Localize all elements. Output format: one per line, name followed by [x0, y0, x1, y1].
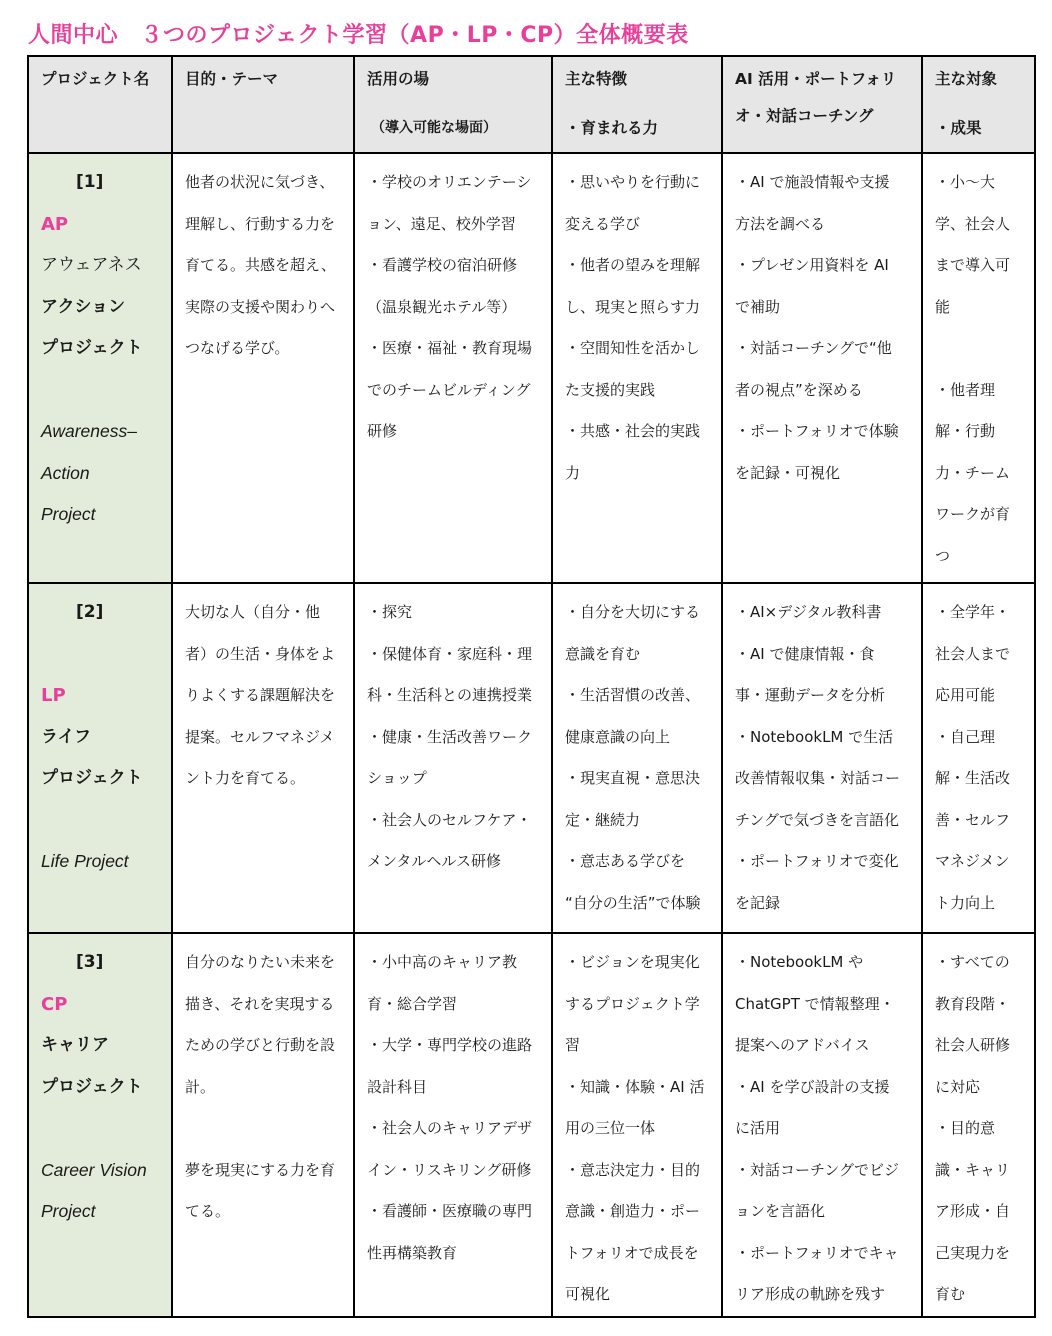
cell-text-line: チングで気づきを言語化 — [735, 800, 911, 842]
cell-text-line: ・他者の望みを理解 — [565, 245, 711, 287]
cell-text-line: 育・総合学習 — [367, 984, 541, 1026]
project-english-name: Project — [41, 494, 161, 536]
cell-text-line: ・AI で健康情報・食 — [735, 634, 911, 676]
header-label: 主な特徴 — [565, 67, 711, 92]
cell-text-line: ・看護学校の宿泊研修 — [367, 245, 541, 287]
project-number: [3] — [41, 942, 161, 984]
project-kana: アウェアネス — [41, 245, 161, 287]
header-label: 活用の場 — [367, 67, 541, 92]
header-venues: 活用の場（導入可能な場面） — [354, 56, 552, 153]
cell-text-line: ・生活習慣の改善、 — [565, 675, 711, 717]
venues-cell: ・学校のオリエンテーション、遠足、校外学習・看護学校の宿泊研修（温泉観光ホテル等… — [354, 153, 552, 583]
cell-text-line: つなげる学び。 — [185, 328, 343, 370]
cell-text-line: ・ポートフォリオでキャ — [735, 1233, 911, 1275]
cell-text-line: ント力を育てる。 — [185, 758, 343, 800]
cell-text-line: 実際の支援や関わりへ — [185, 287, 343, 329]
cell-text-line: ョン、遠足、校外学習 — [367, 204, 541, 246]
cell-text-line: 可視化 — [565, 1274, 711, 1316]
cell-text-line: 善・セルフ — [935, 800, 1024, 842]
page-title: 人間中心 ３つのプロジェクト学習（AP・LP・CP）全体概要表 — [28, 18, 689, 49]
cell-text-line: ・小中高のキャリア教 — [367, 942, 541, 984]
header-label: AI 活用・ポートフォリ — [735, 67, 911, 92]
table-row-ap: [1] AP アウェアネス アクション プロジェクト Awareness– Ac… — [28, 153, 1035, 583]
header-purpose: 目的・テーマ — [172, 56, 354, 153]
header-ai: AI 活用・ポートフォリオ・対話コーチング — [722, 56, 922, 153]
cell-text-line: 意識を育む — [565, 634, 711, 676]
cell-text-line: ・目的意 — [935, 1108, 1024, 1150]
project-english-name: Action — [41, 453, 161, 495]
project-english-name: Career Vision — [41, 1150, 161, 1192]
cell-text-line: ・学校のオリエンテーシ — [367, 162, 541, 204]
project-abbr: LP — [41, 675, 161, 717]
cell-text-line: ・社会人のセルフケア・ — [367, 800, 541, 842]
cell-text-line: ・AI を学び設計の支援 — [735, 1067, 911, 1109]
cell-text-line: ・健康・生活改善ワーク — [367, 717, 541, 759]
cell-text-line: 夢を現実にする力を育 — [185, 1150, 343, 1192]
cell-text-line: ChatGPT で情報整理・ — [735, 984, 911, 1026]
project-kana: キャリア — [41, 1025, 161, 1067]
project-name-cell: [1] AP アウェアネス アクション プロジェクト Awareness– Ac… — [28, 153, 172, 583]
spacer — [41, 1108, 161, 1150]
table-row-lp: [2] LP ライフ プロジェクト Life Project 大切な人（自分・他… — [28, 583, 1035, 933]
cell-text-line: 方法を調べる — [735, 204, 911, 246]
cell-text-line: マネジメン — [935, 841, 1024, 883]
cell-text-line: た支援的実践 — [565, 370, 711, 412]
overview-table: プロジェクト名 目的・テーマ 活用の場（導入可能な場面） 主な特徴・育まれる力 … — [27, 55, 1036, 1318]
purpose-cell: 他者の状況に気づき、理解し、行動する力を育てる。共感を超え、実際の支援や関わりへ… — [172, 153, 354, 583]
project-name-cell: [2] LP ライフ プロジェクト Life Project — [28, 583, 172, 933]
cell-text-line: ための学びと行動を設 — [185, 1025, 343, 1067]
cell-text-line: 事・運動データを分析 — [735, 675, 911, 717]
cell-text-line: ・保健体育・家庭科・理 — [367, 634, 541, 676]
cell-text-line: 提案。セルフマネジメ — [185, 717, 343, 759]
cell-text-line: 変える学び — [565, 204, 711, 246]
cell-text-line: 意識・創造力・ポー — [565, 1191, 711, 1233]
header-features: 主な特徴・育まれる力 — [552, 56, 722, 153]
project-kana: アクション — [41, 287, 161, 329]
table-row-cp: [3] CP キャリア プロジェクト Career Vision Project… — [28, 933, 1035, 1317]
cell-text-line: ・医療・福祉・教育現場 — [367, 328, 541, 370]
cell-text-line: 他者の状況に気づき、 — [185, 162, 343, 204]
cell-text-line: ・現実直視・意思決 — [565, 758, 711, 800]
features-cell: ・思いやりを行動に変える学び・他者の望みを理解し、現実と照らす力・空間知性を活か… — [552, 153, 722, 583]
spacer — [41, 800, 161, 842]
project-kana: ライフ — [41, 717, 161, 759]
cell-text-line: 研修 — [367, 411, 541, 453]
project-kana: プロジェクト — [41, 328, 161, 370]
cell-text-line: に対応 — [935, 1067, 1024, 1109]
header-sublabel: ・育まれる力 — [565, 116, 711, 141]
cell-text-line: ・NotebookLM で生活 — [735, 717, 911, 759]
cell-text-line: ア形成・自 — [935, 1191, 1024, 1233]
project-english-name: Project — [41, 1191, 161, 1233]
cell-text-line: ・対話コーチングで“他 — [735, 328, 911, 370]
cell-text-line — [935, 328, 1024, 370]
project-name-cell: [3] CP キャリア プロジェクト Career Vision Project — [28, 933, 172, 1317]
cell-text-line: トフォリオで成長を — [565, 1233, 711, 1275]
project-number: [1] — [41, 162, 161, 204]
venues-cell: ・探究・保健体育・家庭科・理科・生活科との連携授業・健康・生活改善ワークショップ… — [354, 583, 552, 933]
venues-cell: ・小中高のキャリア教育・総合学習・大学・専門学校の進路設計科目・社会人のキャリア… — [354, 933, 552, 1317]
cell-text-line: 能 — [935, 287, 1024, 329]
cell-text-line: ・AI×デジタル教科書 — [735, 592, 911, 634]
cell-text-line: ・空間知性を活かし — [565, 328, 711, 370]
cell-text-line: を記録 — [735, 883, 911, 925]
cell-text-line: 科・生活科との連携授業 — [367, 675, 541, 717]
cell-text-line: ・思いやりを行動に — [565, 162, 711, 204]
cell-text-line: ・対話コーチングでビジ — [735, 1150, 911, 1192]
project-number: [2] — [41, 592, 161, 634]
purpose-cell: 大切な人（自分・他者）の生活・身体をよりよくする課題解決を提案。セルフマネジメン… — [172, 583, 354, 933]
cell-text-line: ・大学・専門学校の進路 — [367, 1025, 541, 1067]
cell-text-line: ・共感・社会的実践 — [565, 411, 711, 453]
cell-text-line: ・自分を大切にする — [565, 592, 711, 634]
features-cell: ・自分を大切にする意識を育む・生活習慣の改善、健康意識の向上・現実直視・意思決定… — [552, 583, 722, 933]
project-kana: プロジェクト — [41, 758, 161, 800]
cell-text-line: 学、社会人 — [935, 204, 1024, 246]
cell-text-line: ・知識・体験・AI 活 — [565, 1067, 711, 1109]
cell-text-line: 育む — [935, 1274, 1024, 1316]
cell-text-line: 習 — [565, 1025, 711, 1067]
cell-text-line: 理解し、行動する力を — [185, 204, 343, 246]
cell-text-line: を記録・可視化 — [735, 453, 911, 495]
cell-text-line: ・意志決定力・目的 — [565, 1150, 711, 1192]
spacer — [41, 370, 161, 412]
cell-text-line: ・全学年・ — [935, 592, 1024, 634]
cell-text-line: まで導入可 — [935, 245, 1024, 287]
cell-text-line: ワークが育 — [935, 494, 1024, 536]
cell-text-line: 改善情報収集・対話コー — [735, 758, 911, 800]
cell-text-line: 応用可能 — [935, 675, 1024, 717]
cell-text-line: 用の三位一体 — [565, 1108, 711, 1150]
header-project-name: プロジェクト名 — [28, 56, 172, 153]
cell-text-line: てる。 — [185, 1191, 343, 1233]
cell-text-line: 描き、それを実現する — [185, 984, 343, 1026]
targets-cell: ・全学年・社会人まで応用可能・自己理解・生活改善・セルフマネジメント力向上 — [922, 583, 1035, 933]
project-abbr: CP — [41, 984, 161, 1026]
cell-text-line: ・小〜大 — [935, 162, 1024, 204]
cell-text-line: 社会人まで — [935, 634, 1024, 676]
cell-text-line: でのチームビルディング — [367, 370, 541, 412]
spacer — [41, 634, 161, 676]
cell-text-line: 力・チーム — [935, 453, 1024, 495]
cell-text-line — [185, 1108, 343, 1150]
header-row: プロジェクト名 目的・テーマ 活用の場（導入可能な場面） 主な特徴・育まれる力 … — [28, 56, 1035, 153]
cell-text-line: 計。 — [185, 1067, 343, 1109]
cell-text-line: 者）の生活・身体をよ — [185, 634, 343, 676]
project-kana: プロジェクト — [41, 1067, 161, 1109]
cell-text-line: つ — [935, 536, 1024, 578]
cell-text-line: ・NotebookLM や — [735, 942, 911, 984]
cell-text-line: ショップ — [367, 758, 541, 800]
cell-text-line: 力 — [565, 453, 711, 495]
cell-text-line: ・他者理 — [935, 370, 1024, 412]
project-english-name: Life Project — [41, 841, 161, 883]
cell-text-line: 教育段階・ — [935, 984, 1024, 1026]
features-cell: ・ビジョンを現実化するプロジェクト学習・知識・体験・AI 活用の三位一体・意志決… — [552, 933, 722, 1317]
cell-text-line: 者の視点”を深める — [735, 370, 911, 412]
header-sublabel: ・成果 — [935, 116, 1024, 141]
ai-cell: ・AI で施設情報や支援方法を調べる・プレゼン用資料を AIで補助・対話コーチン… — [722, 153, 922, 583]
cell-text-line: 提案へのアドバイス — [735, 1025, 911, 1067]
cell-text-line: ョンを言語化 — [735, 1191, 911, 1233]
cell-text-line: 育てる。共感を超え、 — [185, 245, 343, 287]
ai-cell: ・NotebookLM やChatGPT で情報整理・提案へのアドバイス・AI … — [722, 933, 922, 1317]
header-label: プロジェクト名 — [41, 67, 161, 92]
cell-text-line: ト力向上 — [935, 883, 1024, 925]
cell-text-line: 己実現力を — [935, 1233, 1024, 1275]
header-sublabel: （導入可能な場面） — [367, 116, 541, 141]
cell-text-line: ・自己理 — [935, 717, 1024, 759]
cell-text-line: ・社会人のキャリアデザ — [367, 1108, 541, 1150]
cell-text-line: 定・継続力 — [565, 800, 711, 842]
cell-text-line: ・看護師・医療職の専門 — [367, 1191, 541, 1233]
cell-text-line: ・ポートフォリオで体験 — [735, 411, 911, 453]
cell-text-line: 解・行動 — [935, 411, 1024, 453]
cell-text-line: 自分のなりたい未来を — [185, 942, 343, 984]
purpose-cell: 自分のなりたい未来を描き、それを実現するための学びと行動を設計。 夢を現実にする… — [172, 933, 354, 1317]
cell-text-line: ・プレゼン用資料を AI — [735, 245, 911, 287]
cell-text-line: イン・リスキリング研修 — [367, 1150, 541, 1192]
cell-text-line: ・探究 — [367, 592, 541, 634]
targets-cell: ・すべての教育段階・社会人研修に対応・目的意識・キャリア形成・自己実現力を育む — [922, 933, 1035, 1317]
cell-text-line: メンタルヘルス研修 — [367, 841, 541, 883]
cell-text-line: （温泉観光ホテル等） — [367, 287, 541, 329]
header-targets: 主な対象・成果 — [922, 56, 1035, 153]
ai-cell: ・AI×デジタル教科書・AI で健康情報・食事・運動データを分析・Noteboo… — [722, 583, 922, 933]
cell-text-line: 解・生活改 — [935, 758, 1024, 800]
cell-text-line: に活用 — [735, 1108, 911, 1150]
header-label-cont: オ・対話コーチング — [735, 104, 911, 129]
cell-text-line: 健康意識の向上 — [565, 717, 711, 759]
cell-text-line: “自分の生活”で体験 — [565, 883, 711, 925]
cell-text-line: ・ビジョンを現実化 — [565, 942, 711, 984]
cell-text-line: 設計科目 — [367, 1067, 541, 1109]
cell-text-line: りよくする課題解決を — [185, 675, 343, 717]
cell-text-line: し、現実と照らす力 — [565, 287, 711, 329]
cell-text-line: ・すべての — [935, 942, 1024, 984]
header-label: 主な対象 — [935, 67, 1024, 92]
cell-text-line: するプロジェクト学 — [565, 984, 711, 1026]
cell-text-line: 大切な人（自分・他 — [185, 592, 343, 634]
cell-text-line: 社会人研修 — [935, 1025, 1024, 1067]
project-abbr: AP — [41, 204, 161, 246]
cell-text-line: ・意志ある学びを — [565, 841, 711, 883]
cell-text-line: で補助 — [735, 287, 911, 329]
project-english-name: Awareness– — [41, 411, 161, 453]
targets-cell: ・小〜大学、社会人まで導入可能 ・他者理解・行動力・チームワークが育つ — [922, 153, 1035, 583]
header-label: 目的・テーマ — [185, 67, 343, 92]
cell-text-line: 性再構築教育 — [367, 1233, 541, 1275]
cell-text-line: リア形成の軌跡を残す — [735, 1274, 911, 1316]
cell-text-line: ・AI で施設情報や支援 — [735, 162, 911, 204]
cell-text-line: ・ポートフォリオで変化 — [735, 841, 911, 883]
cell-text-line: 識・キャリ — [935, 1150, 1024, 1192]
